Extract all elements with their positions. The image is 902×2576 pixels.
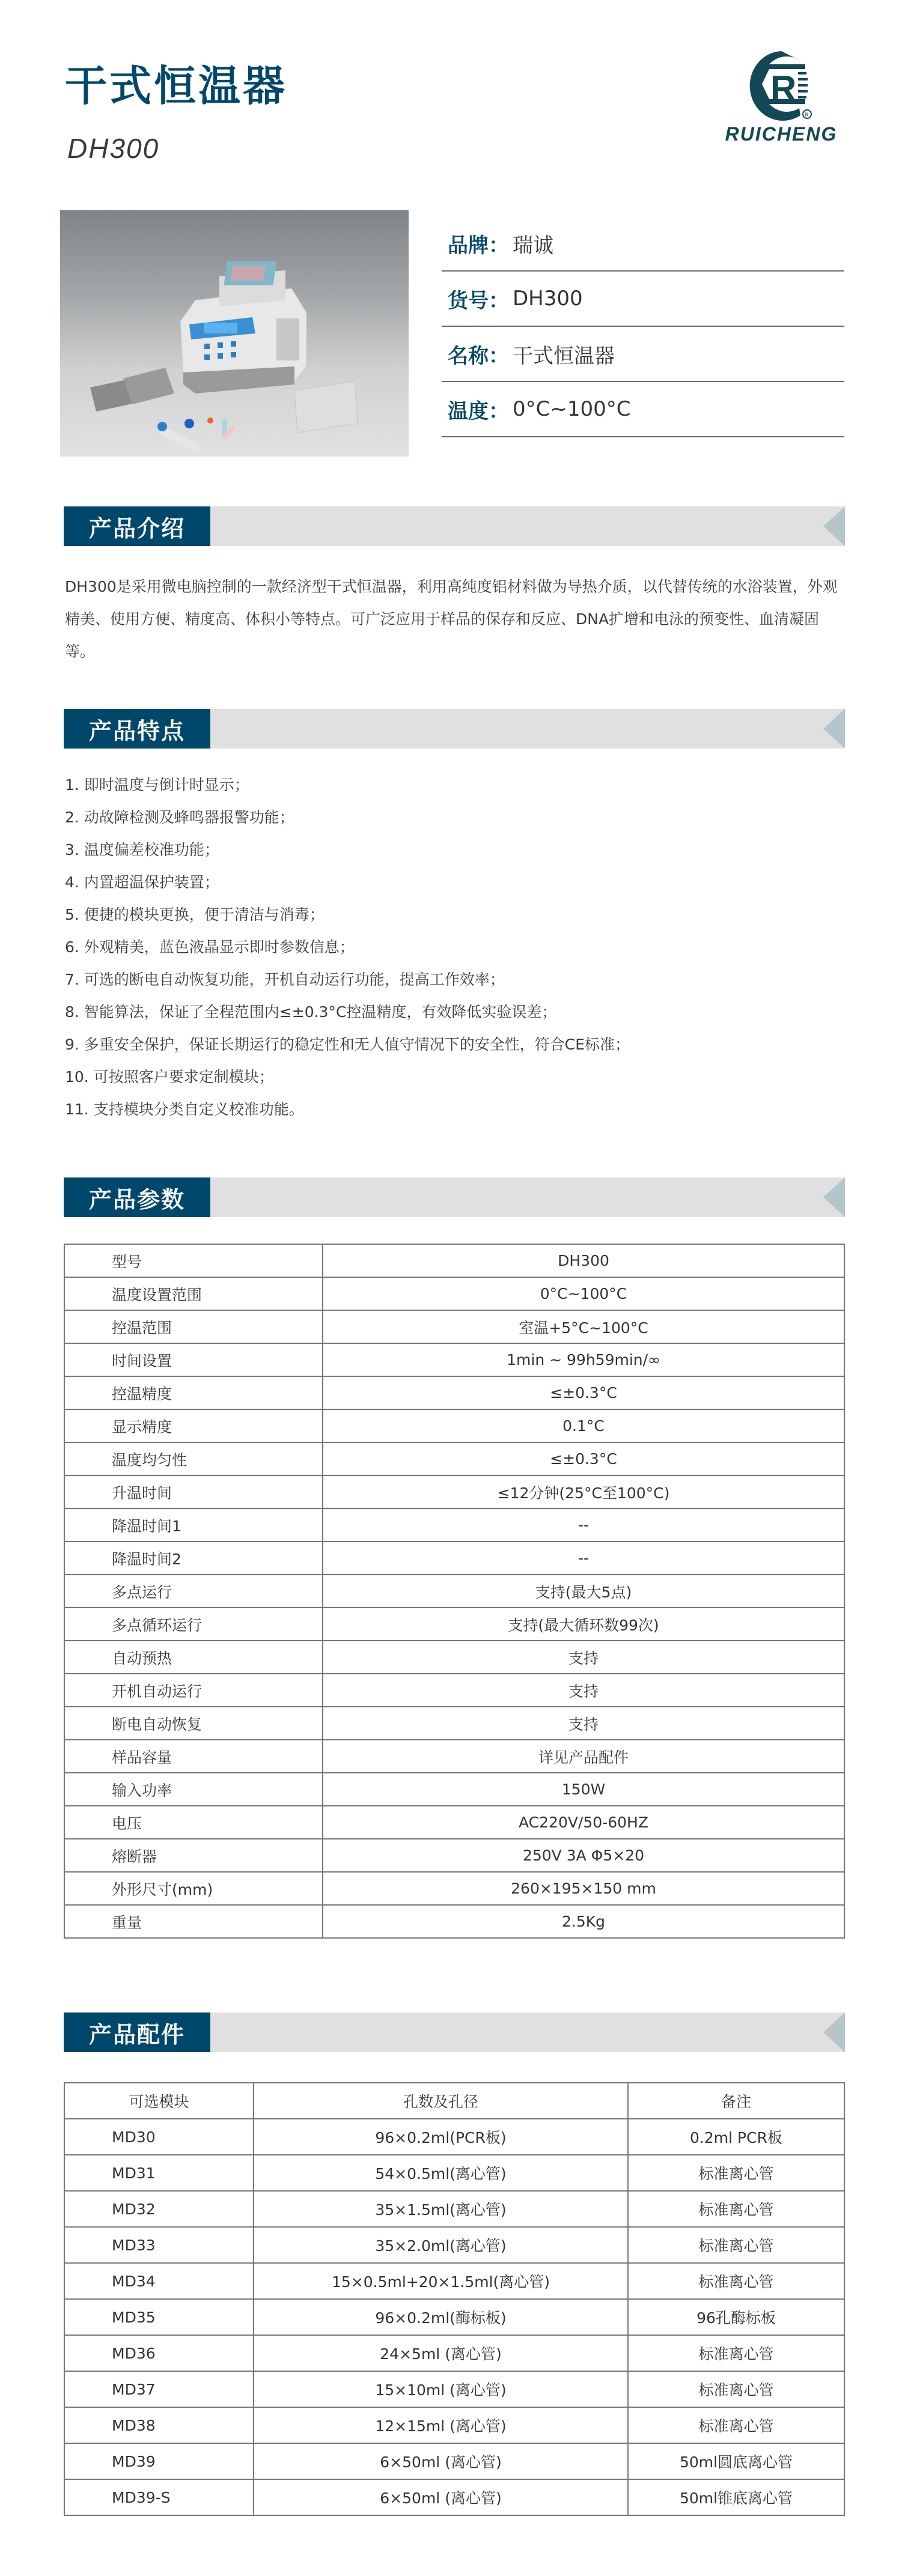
section-title: 产品特点 [64, 709, 210, 749]
section-title: 产品参数 [64, 1177, 210, 1217]
param-value: ≤±0.3°C [323, 1376, 844, 1409]
param-name: 型号 [64, 1244, 323, 1277]
remark: 50ml锥底离心管 [628, 2479, 844, 2515]
table-row: MD39-S6×50ml (离心管)50ml锥底离心管 [64, 2479, 844, 2515]
info-value: 0°C~100°C [513, 397, 631, 421]
hole-spec: 96×0.2ml(PCR板) [254, 2119, 628, 2155]
module-name: MD31 [64, 2155, 254, 2191]
table-row: 熔断器250V 3A Φ5×20 [64, 1839, 844, 1872]
info-row-sku: 货号： DH300 [442, 272, 844, 327]
param-value: 支持 [323, 1707, 844, 1740]
remark: 0.2ml PCR板 [628, 2119, 844, 2155]
triangle-arrow-icon [823, 1177, 845, 1217]
product-photo [60, 210, 409, 457]
section-header-params: 产品参数 [64, 1177, 845, 1217]
param-value: 0.1°C [323, 1409, 844, 1442]
remark: 标准离心管 [628, 2191, 844, 2227]
remark: 标准离心管 [628, 2155, 844, 2191]
info-value: 瑞诚 [513, 229, 553, 258]
feature-item: 5. 便捷的模块更换，便于清洁与消毒； [65, 899, 845, 931]
section-title: 产品介绍 [64, 506, 210, 546]
param-value: -- [323, 1542, 844, 1575]
param-name: 降温时间2 [64, 1542, 323, 1575]
table-row: MD3096×0.2ml(PCR板)0.2ml PCR板 [64, 2119, 844, 2155]
feature-item: 2. 动故障检测及蜂鸣器报警功能； [65, 801, 845, 834]
feature-item: 8. 智能算法，保证了全程范围内≤±0.3°C控温精度，有效降低实验误差； [65, 996, 845, 1028]
param-value: 2.5Kg [323, 1905, 844, 1938]
param-name: 温度均匀性 [64, 1442, 323, 1475]
info-row-brand: 品牌： 瑞诚 [442, 216, 844, 272]
hole-spec: 35×2.0ml(离心管) [254, 2227, 628, 2263]
module-name: MD35 [64, 2299, 254, 2335]
remark: 标准离心管 [628, 2263, 844, 2299]
param-value: AC220V/50-60HZ [323, 1806, 844, 1839]
table-row: 外形尺寸(mm)260×195×150 mm [64, 1872, 844, 1905]
param-name: 样品容量 [64, 1740, 323, 1773]
param-name: 多点循环运行 [64, 1608, 323, 1641]
feature-item: 3. 温度偏差校准功能； [65, 834, 845, 866]
hole-spec: 35×1.5ml(离心管) [254, 2191, 628, 2227]
table-row: 多点循环运行支持(最大循环数99次) [64, 1608, 844, 1641]
brand-logo: R R RUICHENG [709, 48, 853, 150]
triangle-arrow-icon [823, 709, 845, 749]
info-row-name: 名称： 干式恒温器 [442, 327, 844, 382]
table-row: 样品容量详见产品配件 [64, 1740, 844, 1773]
param-name: 开机自动运行 [64, 1674, 323, 1707]
table-row: 电压AC220V/50-60HZ [64, 1806, 844, 1839]
param-value: 室温+5°C~100°C [323, 1310, 844, 1343]
module-name: MD39-S [64, 2479, 254, 2515]
table-row: 多点运行支持(最大5点) [64, 1575, 844, 1608]
remark: 标准离心管 [628, 2407, 844, 2443]
param-name: 控温范围 [64, 1310, 323, 1343]
params-table: 型号DH300温度设置范围0°C~100°C控温范围室温+5°C~100°C时间… [64, 1244, 845, 1939]
table-row: MD3812×15ml (离心管)标准离心管 [64, 2407, 844, 2443]
module-name: MD38 [64, 2407, 254, 2443]
section-title: 产品配件 [64, 2012, 210, 2052]
param-name: 时间设置 [64, 1343, 323, 1376]
module-name: MD32 [64, 2191, 254, 2227]
remark: 96孔酶标板 [628, 2299, 844, 2335]
param-value: 支持(最大循环数99次) [323, 1608, 844, 1641]
column-header: 备注 [628, 2083, 844, 2119]
triangle-arrow-icon [823, 506, 845, 546]
hole-spec: 15×0.5ml+20×1.5ml(离心管) [254, 2263, 628, 2299]
table-row: MD3415×0.5ml+20×1.5ml(离心管)标准离心管 [64, 2263, 844, 2299]
param-value: 支持 [323, 1674, 844, 1707]
remark: 标准离心管 [628, 2227, 844, 2263]
hole-spec: 6×50ml (离心管) [254, 2479, 628, 2515]
column-header: 孔数及孔径 [254, 2083, 628, 2119]
feature-item: 7. 可选的断电自动恢复功能，开机自动运行功能，提高工作效率； [65, 964, 845, 996]
accessories-table: 可选模块 孔数及孔径 备注 MD3096×0.2ml(PCR板)0.2ml PC… [64, 2082, 845, 2516]
info-label: 名称： [448, 339, 509, 369]
hole-spec: 15×10ml (离心管) [254, 2371, 628, 2407]
table-row: 温度设置范围0°C~100°C [64, 1277, 844, 1310]
info-value: 干式恒温器 [513, 339, 615, 369]
dry-bath-incubator-image [60, 210, 409, 457]
feature-item: 11. 支持模块分类自定义校准功能。 [65, 1093, 845, 1126]
table-row: 断电自动恢复支持 [64, 1707, 844, 1740]
table-row: 降温时间2-- [64, 1542, 844, 1575]
info-label: 温度： [448, 395, 509, 424]
param-name: 降温时间1 [64, 1508, 323, 1542]
model-subtitle: DH300 [67, 132, 159, 165]
section-header-features: 产品特点 [64, 709, 845, 749]
table-row: 控温精度≤±0.3°C [64, 1376, 844, 1409]
svg-text:R: R [770, 68, 796, 109]
param-value: 260×195×150 mm [323, 1872, 844, 1905]
remark: 标准离心管 [628, 2335, 844, 2371]
param-value: ≤±0.3°C [323, 1442, 844, 1475]
param-name: 多点运行 [64, 1575, 323, 1608]
page-title: 干式恒温器 [65, 65, 287, 107]
param-name: 控温精度 [64, 1376, 323, 1409]
hole-spec: 6×50ml (离心管) [254, 2443, 628, 2479]
param-value: 支持(最大5点) [323, 1575, 844, 1608]
intro-paragraph: DH300是采用微电脑控制的一款经济型干式恒温器，利用高纯度铝材料做为导热介质，… [65, 571, 845, 668]
ruicheng-logo-icon: R R [709, 48, 853, 123]
table-row: 显示精度0.1°C [64, 1409, 844, 1442]
info-value: DH300 [513, 287, 583, 311]
feature-item: 6. 外观精美，蓝色液晶显示即时参数信息； [65, 931, 845, 964]
feature-item: 1. 即时温度与倒计时显示； [65, 769, 845, 801]
table-row: MD3154×0.5ml(离心管)标准离心管 [64, 2155, 844, 2191]
table-row: MD3624×5ml (离心管)标准离心管 [64, 2335, 844, 2371]
table-row: 型号DH300 [64, 1244, 844, 1277]
table-row: MD3235×1.5ml(离心管)标准离心管 [64, 2191, 844, 2227]
module-name: MD36 [64, 2335, 254, 2371]
hole-spec: 24×5ml (离心管) [254, 2335, 628, 2371]
param-name: 自动预热 [64, 1641, 323, 1674]
logo-wordmark: RUICHENG [709, 123, 853, 145]
table-row: 输入功率150W [64, 1773, 844, 1806]
module-name: MD39 [64, 2443, 254, 2479]
column-header: 可选模块 [64, 2083, 254, 2119]
module-name: MD37 [64, 2371, 254, 2407]
section-header-intro: 产品介绍 [64, 506, 845, 546]
remark: 50ml圆底离心管 [628, 2443, 844, 2479]
param-value: ≤12分钟(25°C至100°C) [323, 1475, 844, 1508]
param-value: 250V 3A Φ5×20 [323, 1839, 844, 1872]
table-row: MD3596×0.2ml(酶标板)96孔酶标板 [64, 2299, 844, 2335]
feature-item: 9. 多重安全保护，保证长期运行的稳定性和无人值守情况下的安全性，符合CE标准； [65, 1028, 845, 1061]
table-row: 时间设置1min ~ 99h59min/∞ [64, 1343, 844, 1376]
info-label: 品牌： [448, 229, 509, 258]
section-header-accessories: 产品配件 [64, 2012, 845, 2052]
table-row: 升温时间≤12分钟(25°C至100°C) [64, 1475, 844, 1508]
module-name: MD33 [64, 2227, 254, 2263]
feature-item: 4. 内置超温保护装置； [65, 866, 845, 899]
param-name: 熔断器 [64, 1839, 323, 1872]
feature-item: 10. 可按照客户要求定制模块； [65, 1061, 845, 1093]
table-row: MD3715×10ml (离心管)标准离心管 [64, 2371, 844, 2407]
table-row: 重量2.5Kg [64, 1905, 844, 1938]
hole-spec: 54×0.5ml(离心管) [254, 2155, 628, 2191]
table-row: MD396×50ml (离心管)50ml圆底离心管 [64, 2443, 844, 2479]
triangle-arrow-icon [823, 2012, 845, 2052]
product-info-list: 品牌： 瑞诚 货号： DH300 名称： 干式恒温器 温度： 0°C~100°C [442, 216, 844, 437]
remark: 标准离心管 [628, 2371, 844, 2407]
param-name: 温度设置范围 [64, 1277, 323, 1310]
param-name: 重量 [64, 1905, 323, 1938]
table-row: 温度均匀性≤±0.3°C [64, 1442, 844, 1475]
info-row-temperature: 温度： 0°C~100°C [442, 382, 844, 437]
param-value: DH300 [323, 1244, 844, 1277]
param-name: 输入功率 [64, 1773, 323, 1806]
param-value: -- [323, 1508, 844, 1542]
param-name: 断电自动恢复 [64, 1707, 323, 1740]
param-name: 升温时间 [64, 1475, 323, 1508]
param-value: 0°C~100°C [323, 1277, 844, 1310]
table-row: 控温范围室温+5°C~100°C [64, 1310, 844, 1343]
param-name: 电压 [64, 1806, 323, 1839]
param-value: 支持 [323, 1641, 844, 1674]
table-row: 降温时间1-- [64, 1508, 844, 1542]
features-list: 1. 即时温度与倒计时显示； 2. 动故障检测及蜂鸣器报警功能； 3. 温度偏差… [65, 769, 845, 1126]
param-value: 详见产品配件 [323, 1740, 844, 1773]
table-row: MD3335×2.0ml(离心管)标准离心管 [64, 2227, 844, 2263]
param-name: 外形尺寸(mm) [64, 1872, 323, 1905]
hole-spec: 12×15ml (离心管) [254, 2407, 628, 2443]
table-row: 自动预热支持 [64, 1641, 844, 1674]
module-name: MD34 [64, 2263, 254, 2299]
param-value: 1min ~ 99h59min/∞ [323, 1343, 844, 1376]
svg-text:R: R [805, 112, 809, 118]
info-label: 货号： [448, 284, 509, 314]
param-name: 显示精度 [64, 1409, 323, 1442]
table-header-row: 可选模块 孔数及孔径 备注 [64, 2083, 844, 2119]
module-name: MD30 [64, 2119, 254, 2155]
hole-spec: 96×0.2ml(酶标板) [254, 2299, 628, 2335]
table-row: 开机自动运行支持 [64, 1674, 844, 1707]
param-value: 150W [323, 1773, 844, 1806]
